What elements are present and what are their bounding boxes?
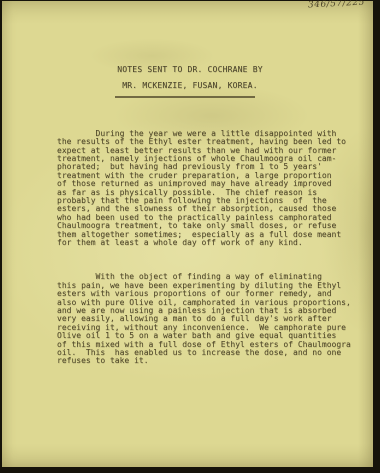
archive-number-annotation: 346/57/225	[308, 0, 365, 10]
paragraph-2: With the object of finding a way of elim…	[57, 273, 359, 365]
heading-line-2: MR. MCKENZIE, FUSAN, KOREA.	[58, 78, 322, 94]
paragraph-1: During the year we were a little disappo…	[57, 130, 359, 248]
heading-underline	[115, 96, 255, 98]
paper-page: 346/57/225 NOTES SENT TO DR. COCHRANE BY…	[2, 1, 373, 467]
document-scan: 346/57/225 NOTES SENT TO DR. COCHRANE BY…	[0, 0, 380, 473]
heading-line-1: NOTES SENT TO DR. COCHRANE BY	[58, 62, 322, 78]
document-body: During the year we were a little disappo…	[57, 113, 359, 383]
document-heading: NOTES SENT TO DR. COCHRANE BY MR. MCKENZ…	[58, 62, 322, 93]
